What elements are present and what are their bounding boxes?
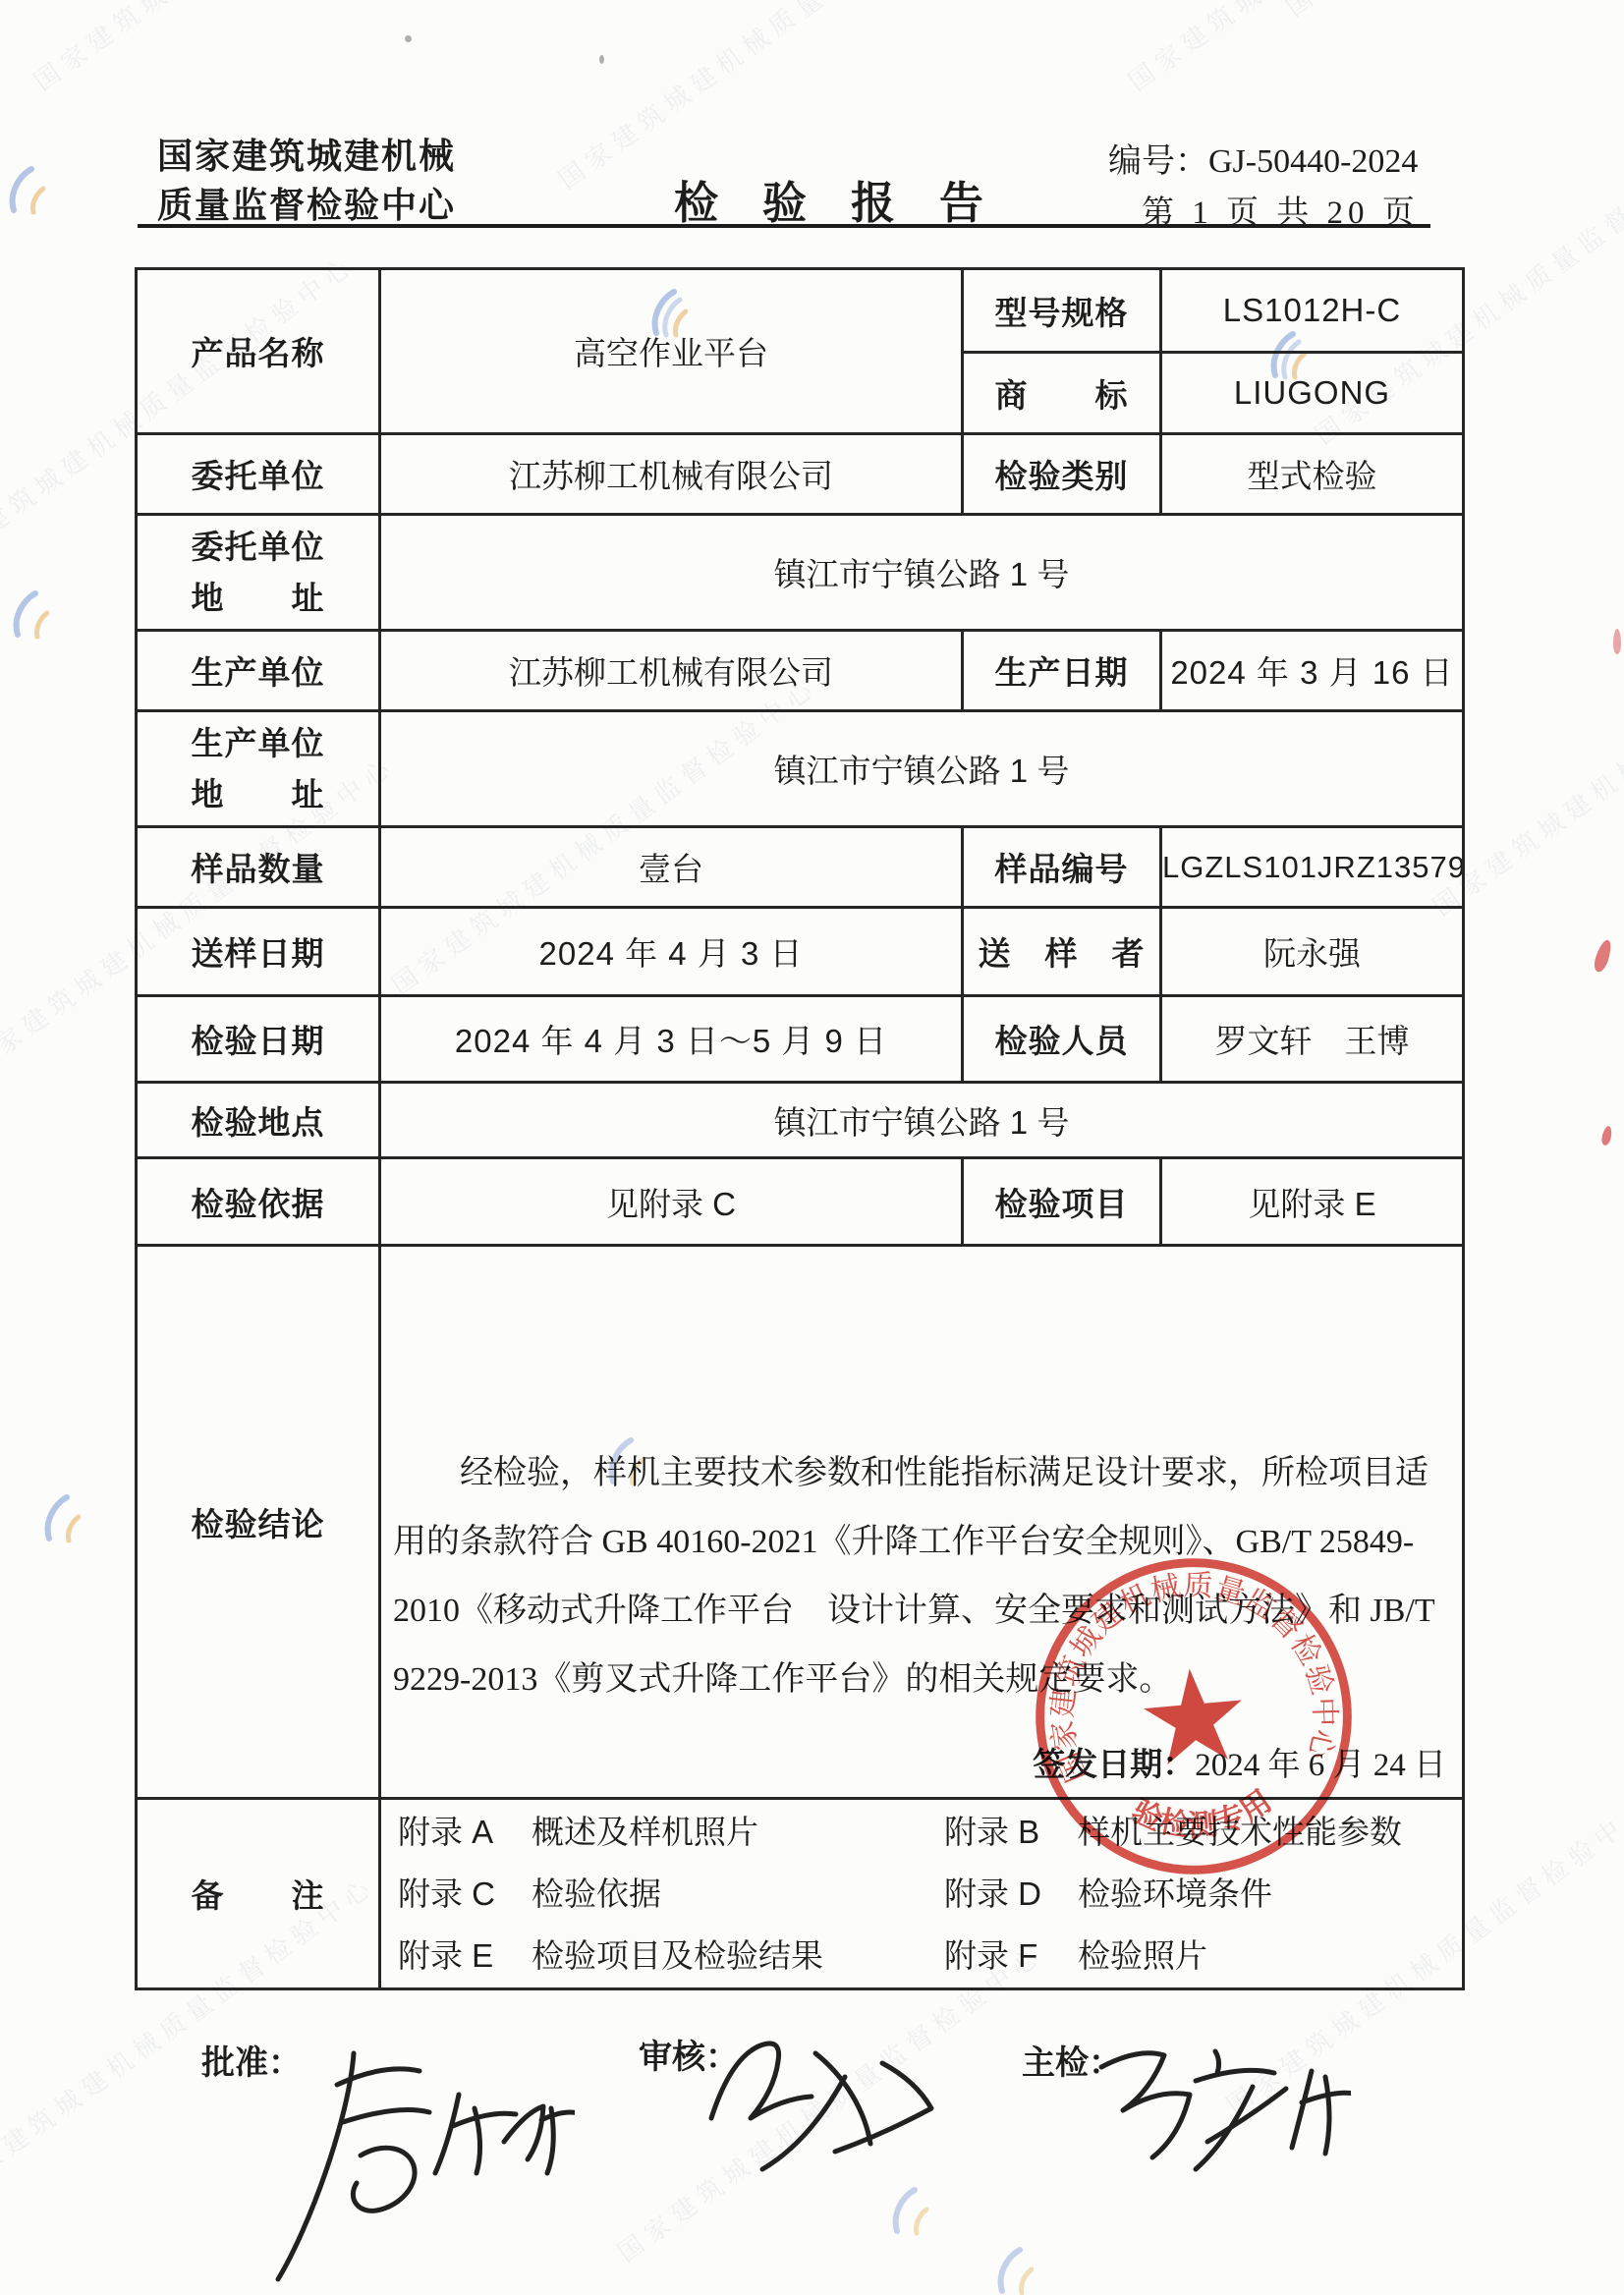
approve-label: 批准： [201, 2036, 302, 2084]
appendix-row: 附录 C检验依据 附录 D检验环境条件 [381, 1863, 1462, 1925]
report-info-table: 产品名称 高空作业平台 型号规格 LS1012H-C 商 标 LIUGONG 委… [135, 267, 1465, 1990]
org-name-line2: 质量监督检验中心 [157, 181, 456, 230]
logo-swoosh-icon [6, 165, 45, 216]
conclusion-label: 检验结论 [137, 1246, 380, 1799]
client-value: 江苏柳工机械有限公司 [380, 434, 963, 515]
appendix-item: 附录 B样机主要技术性能参数 [944, 1801, 1402, 1863]
header-divider [138, 224, 1430, 228]
issuing-organization: 国家建筑城建机械 质量监督检验中心 [157, 132, 456, 230]
inspection-location-label: 检验地点 [137, 1083, 380, 1158]
inspection-report-page: 国家建筑城建机械质量监督检验中心 国家建筑城建机械质量监督检验中心 国家建筑城建… [0, 0, 1624, 2295]
trademark-value: LIUGONG [1161, 353, 1464, 434]
appendix-item: 附录 E检验项目及检验结果 [398, 1925, 944, 1987]
inspectors-label: 检验人员 [963, 996, 1161, 1083]
review-label: 审核： [639, 2030, 739, 2078]
issue-date-line: 签发日期：2024 年 6 月 24 日 [1033, 1739, 1446, 1785]
deliverer-value: 阮永强 [1161, 908, 1464, 996]
table-row: 备 注 附录 A概述及样机照片 附录 B样机主要技术性能参数 附录 C检验依据 … [137, 1799, 1464, 1989]
sample-quantity-label: 样品数量 [137, 827, 380, 908]
appendix-item: 附录 D检验环境条件 [944, 1863, 1272, 1925]
client-address-value: 镇江市宁镇公路 1 号 [380, 515, 1464, 631]
appendix-item: 附录 A概述及样机照片 [398, 1801, 944, 1863]
issue-date-value: 2024 年 6 月 24 日 [1195, 1748, 1446, 1783]
client-label: 委托单位 [137, 434, 380, 515]
inspection-basis-label: 检验依据 [137, 1158, 380, 1246]
inspection-items-label: 检验项目 [963, 1158, 1161, 1246]
logo-swoosh-icon [41, 1493, 81, 1544]
inspection-type-label: 检验类别 [963, 434, 1161, 515]
sample-quantity-value: 壹台 [380, 827, 963, 908]
conclusion-cell: 经检验，样机主要技术参数和性能指标满足设计要求，所检项目适用的条款符合 GB 4… [380, 1246, 1464, 1799]
inspection-date-value: 2024 年 4 月 3 日～5 月 9 日 [380, 996, 963, 1083]
production-date-value: 2024 年 3 月 16 日 [1161, 631, 1464, 711]
delivery-date-label: 送样日期 [137, 908, 380, 996]
remarks-label: 备 注 [137, 1799, 380, 1989]
table-row: 委托单位 江苏柳工机械有限公司 检验类别 型式检验 [137, 434, 1464, 515]
appendix-row: 附录 A概述及样机照片 附录 B样机主要技术性能参数 [381, 1801, 1462, 1863]
manufacturer-address-value: 镇江市宁镇公路 1 号 [380, 711, 1464, 827]
logo-swoosh-icon [994, 2246, 1034, 2295]
table-row: 送样日期 2024 年 4 月 3 日 送 样 者 阮永强 [137, 908, 1464, 996]
scan-speck [599, 55, 604, 64]
conclusion-text: 经检验，样机主要技术参数和性能指标满足设计要求，所检项目适用的条款符合 GB 4… [381, 1329, 1462, 1714]
table-row: 生产单位 江苏柳工机械有限公司 生产日期 2024 年 3 月 16 日 [137, 631, 1464, 711]
inspection-location-value: 镇江市宁镇公路 1 号 [380, 1083, 1464, 1158]
scan-speck [405, 35, 412, 42]
inspection-basis-value: 见附录 C [380, 1158, 963, 1246]
table-row: 检验日期 2024 年 4 月 3 日～5 月 9 日 检验人员 罗文轩 王博 [137, 996, 1464, 1083]
issue-date-label: 签发日期： [1033, 1746, 1195, 1782]
logo-swoosh-icon [10, 589, 49, 641]
page-title: 检 验 报 告 [674, 167, 983, 231]
appendix-row: 附录 E检验项目及检验结果 附录 F检验照片 [381, 1925, 1462, 1987]
appendix-item: 附录 F检验照片 [944, 1925, 1207, 1987]
client-address-label: 委托单位 地 址 [137, 515, 380, 631]
red-bleed-mark [1600, 1125, 1613, 1146]
red-bleed-mark [1592, 938, 1614, 974]
appendix-item: 附录 C检验依据 [398, 1863, 944, 1925]
model-value: LS1012H-C [1161, 269, 1464, 353]
production-date-label: 生产日期 [963, 631, 1161, 711]
table-row: 检验依据 见附录 C 检验项目 见附录 E [137, 1158, 1464, 1246]
table-row: 委托单位 地 址 镇江市宁镇公路 1 号 [137, 515, 1464, 631]
table-row: 检验地点 镇江市宁镇公路 1 号 [137, 1083, 1464, 1158]
table-row: 产品名称 高空作业平台 型号规格 LS1012H-C [137, 269, 1464, 353]
model-label: 型号规格 [963, 269, 1161, 353]
inspectors-value: 罗文轩 王博 [1161, 996, 1464, 1083]
delivery-date-value: 2024 年 4 月 3 日 [380, 908, 963, 996]
inspection-items-value: 见附录 E [1161, 1158, 1464, 1246]
sample-number-value: LGZLS101JRZ135793 [1161, 827, 1464, 908]
product-name-value: 高空作业平台 [380, 269, 963, 434]
table-row: 样品数量 壹台 样品编号 LGZLS101JRZ135793 [137, 827, 1464, 908]
manufacturer-value: 江苏柳工机械有限公司 [380, 631, 963, 711]
report-number-label: 编号： [1108, 142, 1208, 180]
report-number-value: GJ-50440-2024 [1208, 143, 1418, 180]
table-row: 检验结论 经检验，样机主要技术参数和性能指标满足设计要求，所检项目适用的条款符合… [137, 1246, 1464, 1799]
trademark-label: 商 标 [963, 353, 1161, 434]
logo-swoosh-icon [889, 2186, 928, 2237]
deliverer-label: 送 样 者 [963, 908, 1161, 996]
inspection-date-label: 检验日期 [137, 996, 380, 1083]
sample-number-label: 样品编号 [963, 827, 1161, 908]
chief-inspector-label: 主检： [1022, 2036, 1122, 2084]
watermark-text: 国家建筑城建机械质量监督检验中心 [26, 0, 539, 98]
product-name-label: 产品名称 [137, 269, 380, 434]
org-name-line1: 国家建筑城建机械 [157, 132, 456, 181]
remarks-cell: 附录 A概述及样机照片 附录 B样机主要技术性能参数 附录 C检验依据 附录 D… [380, 1799, 1464, 1989]
watermark-text: 国家建筑城建机械质量监督检验中心 [1120, 0, 1624, 98]
report-number-line: 编号：GJ-50440-2024 [1108, 134, 1418, 182]
red-bleed-mark [1613, 629, 1621, 654]
inspection-type-value: 型式检验 [1161, 434, 1464, 515]
manufacturer-label: 生产单位 [137, 631, 380, 711]
table-row: 生产单位 地 址 镇江市宁镇公路 1 号 [137, 711, 1464, 827]
manufacturer-address-label: 生产单位 地 址 [137, 711, 380, 827]
watermark-text: 国家建筑城建机械质量监督检验中心 [1277, 0, 1624, 24]
